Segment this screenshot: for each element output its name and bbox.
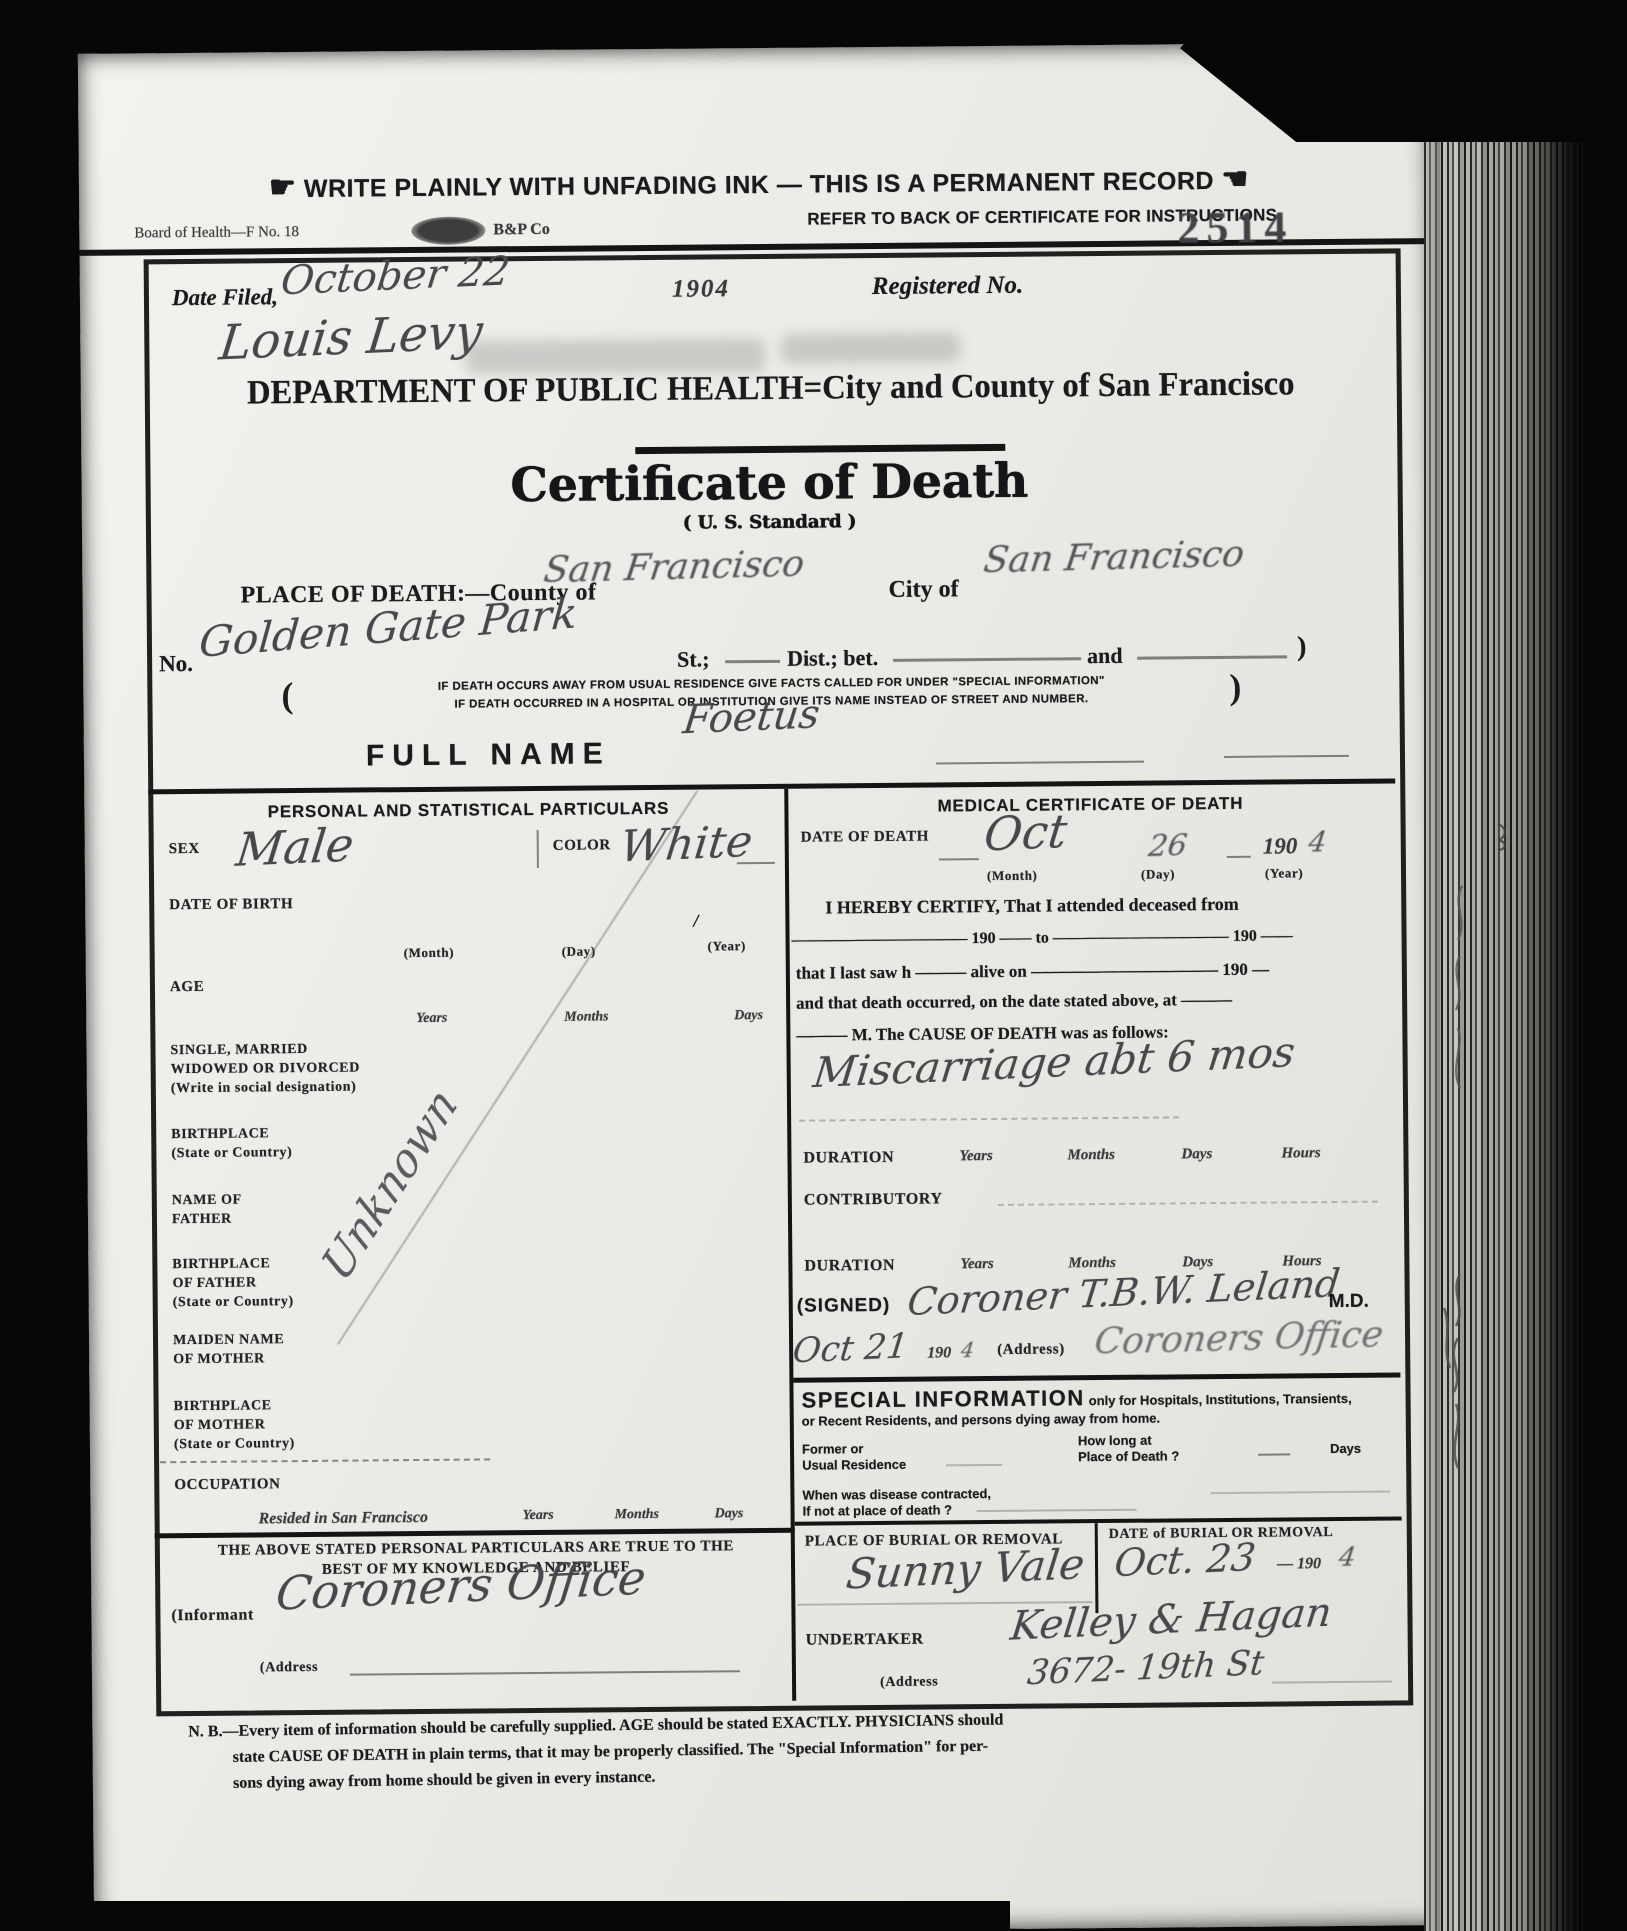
how-long-line1: How long at [1078, 1432, 1179, 1449]
how-long-days-label: Days [1330, 1441, 1361, 1456]
md-label: M.D. [1329, 1291, 1369, 1313]
resided-months-label: Months [615, 1507, 659, 1523]
special-information-header: SPECIAL INFORMATION only for Hospitals, … [801, 1383, 1351, 1414]
rule-line [725, 660, 780, 663]
dist-bet-label: Dist.; bet. [787, 645, 878, 672]
mother-bp-line1: BIRTHPLACE [174, 1396, 295, 1416]
father-bp-line1: BIRTHPLACE [172, 1254, 293, 1274]
occupation-label: OCCUPATION [174, 1476, 280, 1494]
signed-date-handwriting: Oct 21 [791, 1327, 911, 1372]
father-name-label: NAME OF FATHER [172, 1191, 242, 1230]
dob-year-label: (Year) [708, 938, 746, 954]
special-information-title: SPECIAL INFORMATION [801, 1385, 1084, 1412]
registered-no-value: 2514 [1177, 201, 1293, 253]
undertaker-address-label: (Address [880, 1674, 938, 1691]
former-line2: Usual Residence [802, 1457, 906, 1474]
certificate-page: ☛ WRITE PLAINLY WITH UNFADING INK — THIS… [78, 42, 1446, 1931]
rule-line [737, 862, 775, 864]
age-years-label: Years [416, 1011, 447, 1027]
contributory-label: CONTRIBUTORY [804, 1190, 943, 1209]
footnote-line3: sons dying away from home should be give… [233, 1763, 1004, 1792]
father-bp-line2: OF FATHER [172, 1273, 293, 1293]
color-label: COLOR [553, 837, 611, 855]
dod-year-print: 190 [1263, 833, 1298, 859]
sex-label: SEX [169, 841, 200, 858]
warning-text: WRITE PLAINLY WITH UNFADING INK — THIS I… [304, 167, 1214, 203]
resided-years-label: Years [523, 1508, 554, 1524]
full-name-label: FULL NAME [366, 737, 611, 773]
resided-days-label: Days [715, 1506, 744, 1522]
photographed-death-certificate-page: { "header": { "hand_left": "☛", "hand_ri… [0, 0, 1627, 1931]
dob-month-label: (Month) [404, 945, 455, 961]
certificate-title: Certificate of Death [145, 450, 1392, 516]
stray-mark: / [693, 911, 698, 932]
contracted-line2: If not at place of death ? [802, 1502, 991, 1520]
informant-address-label: (Address [260, 1660, 318, 1677]
marital-status-label: SINGLE, MARRIED WIDOWED OR DIVORCED (Wri… [170, 1040, 360, 1099]
bottom-black-edge [0, 1901, 1010, 1931]
dod-month-label: (Month) [987, 868, 1038, 884]
death-month-handwriting: Oct [981, 804, 1070, 862]
dod-year-label: (Year) [1265, 865, 1303, 881]
duration2-years-label: Years [960, 1256, 993, 1273]
permanent-record-warning: ☛ WRITE PLAINLY WITH UNFADING INK — THIS… [179, 161, 1339, 206]
birthplace-line1: BIRTHPLACE [171, 1124, 292, 1144]
signed-label: (SIGNED) [797, 1295, 891, 1318]
how-long-label: How long at Place of Death ? [1078, 1432, 1179, 1465]
color-handwriting: White [618, 816, 756, 873]
marital-line2: WIDOWED OR DIVORCED [171, 1059, 360, 1080]
duration2-label: DURATION [804, 1257, 895, 1276]
duration-label: DURATION [803, 1149, 894, 1168]
death-day-handwriting: 26 [1146, 828, 1189, 864]
certify-line: I HEREBY CERTIFY, That I attended deceas… [825, 894, 1239, 919]
duration2-months-label: Months [1068, 1255, 1116, 1272]
signed-address-label: (Address) [997, 1341, 1065, 1359]
city-of-label: City of [888, 576, 958, 604]
union-label-stamp [411, 216, 485, 245]
date-filed-label: Date Filed, [172, 284, 278, 311]
marital-line1: SINGLE, MARRIED [170, 1040, 359, 1061]
burial-year-print: — 190 [1277, 1555, 1321, 1573]
mother-line1: MAIDEN NAME [173, 1330, 284, 1350]
signed-date-print: 190 [927, 1344, 951, 1362]
pointing-hand-left-icon: ☚ [1221, 163, 1249, 196]
rule-line [537, 830, 539, 868]
full-name-handwriting: Foetus [681, 691, 823, 743]
street-no-label: No. [159, 651, 193, 677]
st-label: St.; [677, 646, 710, 672]
special-information-note2: or Recent Residents, and persons dying a… [802, 1411, 1160, 1429]
date-of-birth-label: DATE OF BIRTH [169, 896, 293, 914]
age-label: AGE [170, 979, 204, 996]
duration-years-label: Years [959, 1148, 992, 1165]
former-line1: Former or [802, 1441, 906, 1458]
printer-mark-text: B&P Co [493, 221, 550, 239]
father-line1: NAME OF [172, 1191, 242, 1211]
and-label: and [1087, 643, 1123, 669]
age-months-label: Months [564, 1009, 608, 1025]
date-of-death-label: DATE OF DEATH [801, 829, 930, 847]
resided-label: Resided in San Francisco [259, 1509, 429, 1528]
burial-year-handwriting: 4 [1337, 1543, 1358, 1573]
paren-close: ) [1297, 631, 1307, 663]
registrar-signature: Louis Levy [216, 304, 485, 371]
birthplace-line2: (State or Country) [171, 1143, 292, 1163]
pointing-hand-right-icon: ☛ [269, 171, 297, 204]
duration-days-label: Days [1181, 1146, 1212, 1163]
mother-birthplace-label: BIRTHPLACE OF MOTHER (State or Country) [174, 1396, 295, 1454]
rule-line [1227, 856, 1251, 858]
contracted-line1: When was disease contracted, [802, 1486, 991, 1504]
registered-no-label: Registered No. [872, 272, 1024, 301]
note-paren-close: ) [1229, 666, 1241, 708]
mother-line2: OF MOTHER [173, 1349, 284, 1369]
dod-day-label: (Day) [1141, 866, 1175, 882]
rule-line [939, 858, 979, 860]
mother-bp-line2: OF MOTHER [174, 1415, 295, 1435]
undertaker-label: UNDERTAKER [806, 1631, 924, 1650]
birthplace-label: BIRTHPLACE (State or Country) [171, 1124, 292, 1163]
how-long-line2: Place of Death ? [1078, 1448, 1179, 1465]
date-of-burial-handwriting: Oct. 23 [1112, 1535, 1258, 1585]
note-paren-open: ( [281, 674, 293, 716]
informant-label: (Informant [171, 1606, 254, 1625]
duration-hours-label: Hours [1281, 1145, 1320, 1162]
age-days-label: Days [734, 1008, 763, 1024]
father-birthplace-label: BIRTHPLACE OF FATHER (State or Country) [172, 1254, 293, 1312]
marital-line3: (Write in social designation) [171, 1078, 360, 1099]
footnote-line2: state CAUSE OF DEATH in plain terms, tha… [233, 1737, 1004, 1766]
death-occurred-line: and that death occurred, on the date sta… [796, 990, 1232, 1014]
father-bp-line3: (State or Country) [173, 1292, 294, 1312]
duration-months-label: Months [1067, 1147, 1115, 1164]
faint-stamp-smudge-2 [780, 332, 960, 364]
rule-line [1258, 1453, 1290, 1455]
former-residence-label: Former or Usual Residence [802, 1441, 906, 1474]
disease-contracted-label: When was disease contracted, If not at p… [802, 1486, 991, 1520]
father-line2: FATHER [172, 1210, 242, 1230]
edge-shadow [1424, 112, 1592, 1931]
sex-handwriting: Male [233, 818, 356, 877]
mother-maiden-name-label: MAIDEN NAME OF MOTHER [173, 1330, 285, 1369]
mother-bp-line3: (State or Country) [174, 1434, 295, 1454]
footnote-block: N. B.—Every item of information should b… [188, 1711, 1004, 1793]
faint-stamp-smudge [465, 338, 765, 375]
date-filed-year: 1904 [672, 275, 730, 304]
last-saw-line: that I last saw h ——— alive on —————————… [796, 960, 1269, 984]
footnote-line1: N. B.—Every item of information should b… [188, 1711, 1003, 1741]
signed-address-handwriting: Coroners Office [1092, 1314, 1386, 1363]
special-information-note1: only for Hospitals, Institutions, Transi… [1089, 1391, 1352, 1408]
city-handwriting: San Francisco [981, 533, 1247, 581]
form-id-text: Board of Health—F No. 18 [134, 224, 299, 242]
county-handwriting: San Francisco [541, 543, 807, 591]
